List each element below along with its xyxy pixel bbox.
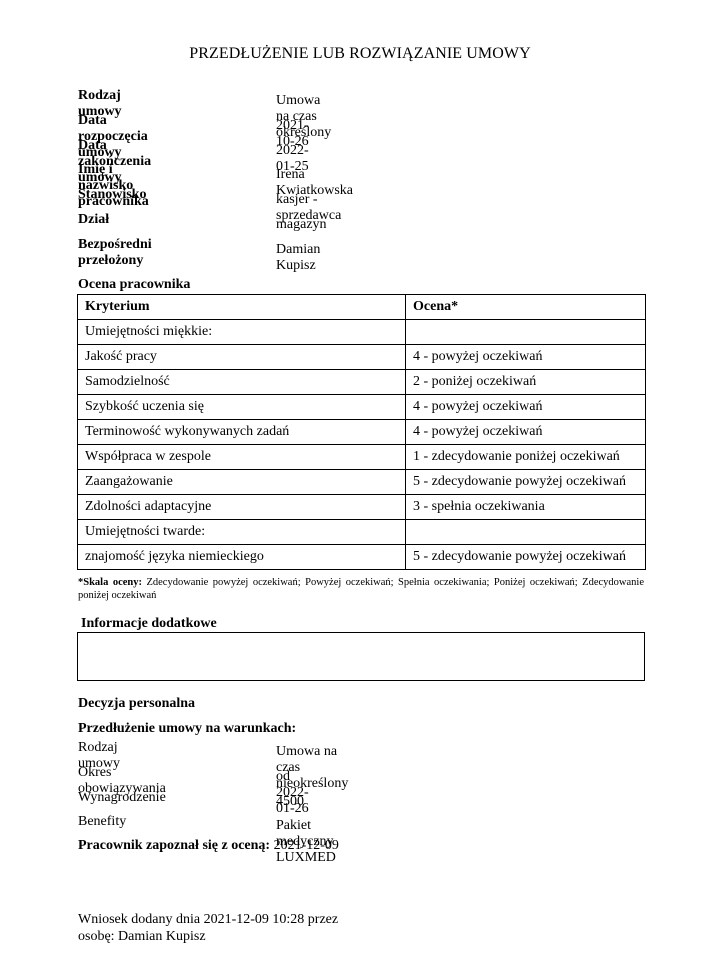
rating-cell: 4 - powyżej oczekiwań <box>406 345 646 370</box>
rating-cell: 4 - powyżej oczekiwań <box>406 395 646 420</box>
table-row: Jakość pracy4 - powyżej oczekiwań <box>78 345 646 370</box>
table-row: Zdolności adaptacyjne3 - spełnia oczekiw… <box>78 495 646 520</box>
criterion-cell: Jakość pracy <box>78 345 406 370</box>
criterion-cell: Umiejętności twarde: <box>78 520 406 545</box>
table-row: Zaangażowanie5 - zdecydowanie powyżej oc… <box>78 470 646 495</box>
document-title: PRZEDŁUŻENIE LUB ROZWIĄZANIE UMOWY <box>0 45 720 63</box>
rating-cell: 1 - zdecydowanie poniżej oczekiwań <box>406 445 646 470</box>
evaluation-table: Kryterium Ocena* Umiejętności miękkie:Ja… <box>77 294 646 570</box>
decision-label: Benefity <box>78 814 126 830</box>
rating-cell <box>406 320 646 345</box>
table-row: Umiejętności twarde: <box>78 520 646 545</box>
rating-cell: 5 - zdecydowanie powyżej oczekiwań <box>406 545 646 570</box>
criterion-cell: Samodzielność <box>78 370 406 395</box>
criterion-cell: Szybkość uczenia się <box>78 395 406 420</box>
decision-subtitle: Przedłużenie umowy na warunkach: <box>78 721 296 737</box>
additional-info-box <box>77 632 645 681</box>
table-row: znajomość języka niemieckiego5 - zdecydo… <box>78 545 646 570</box>
criterion-cell: Umiejętności miękkie: <box>78 320 406 345</box>
criterion-cell: Terminowość wykonywanych zadań <box>78 420 406 445</box>
acknowledgement: Pracownik zapoznał się z oceną: 2021-12-… <box>78 838 339 854</box>
rating-cell: 4 - powyżej oczekiwań <box>406 420 646 445</box>
table-row: Samodzielność2 - poniżej oczekiwań <box>78 370 646 395</box>
table-row: Umiejętności miękkie: <box>78 320 646 345</box>
criterion-cell: Zdolności adaptacyjne <box>78 495 406 520</box>
table-row: Szybkość uczenia się4 - powyżej oczekiwa… <box>78 395 646 420</box>
submission-footer: Wniosek dodany dnia 2021-12-09 10:28 prz… <box>78 911 358 945</box>
decision-value: 4500 <box>276 794 304 810</box>
acknowledgement-date: 2021-12-09 <box>274 838 339 853</box>
table-header-row: Kryterium Ocena* <box>78 295 646 320</box>
rating-cell: 2 - poniżej oczekiwań <box>406 370 646 395</box>
info-value: Damian Kupisz <box>276 242 320 274</box>
rating-cell: 3 - spełnia oczekiwania <box>406 495 646 520</box>
scale-label: *Skala oceny: <box>78 577 142 588</box>
header-rating: Ocena* <box>406 295 646 320</box>
criterion-cell: Współpraca w zespole <box>78 445 406 470</box>
rating-scale-note: *Skala oceny: Zdecydowanie powyżej oczek… <box>78 576 644 602</box>
table-row: Współpraca w zespole1 - zdecydowanie pon… <box>78 445 646 470</box>
info-label: Bezpośredni przełożony <box>78 237 152 269</box>
rating-cell <box>406 520 646 545</box>
rating-cell: 5 - zdecydowanie powyżej oczekiwań <box>406 470 646 495</box>
additional-info-title: Informacje dodatkowe <box>81 616 217 632</box>
info-label: Dział <box>78 212 109 228</box>
evaluation-section-title: Ocena pracownika <box>78 277 190 293</box>
decision-title: Decyzja personalna <box>78 696 195 712</box>
table-row: Terminowość wykonywanych zadań4 - powyże… <box>78 420 646 445</box>
info-value: magazyn <box>276 217 327 233</box>
criterion-cell: znajomość języka niemieckiego <box>78 545 406 570</box>
criterion-cell: Zaangażowanie <box>78 470 406 495</box>
scale-text: Zdecydowanie powyżej oczekiwań; Powyżej … <box>78 577 644 601</box>
info-label: Stanowisko <box>78 187 146 203</box>
decision-label: Wynagrodzenie <box>78 790 166 806</box>
acknowledgement-label: Pracownik zapoznał się z oceną: <box>78 838 270 853</box>
header-criterion: Kryterium <box>78 295 406 320</box>
